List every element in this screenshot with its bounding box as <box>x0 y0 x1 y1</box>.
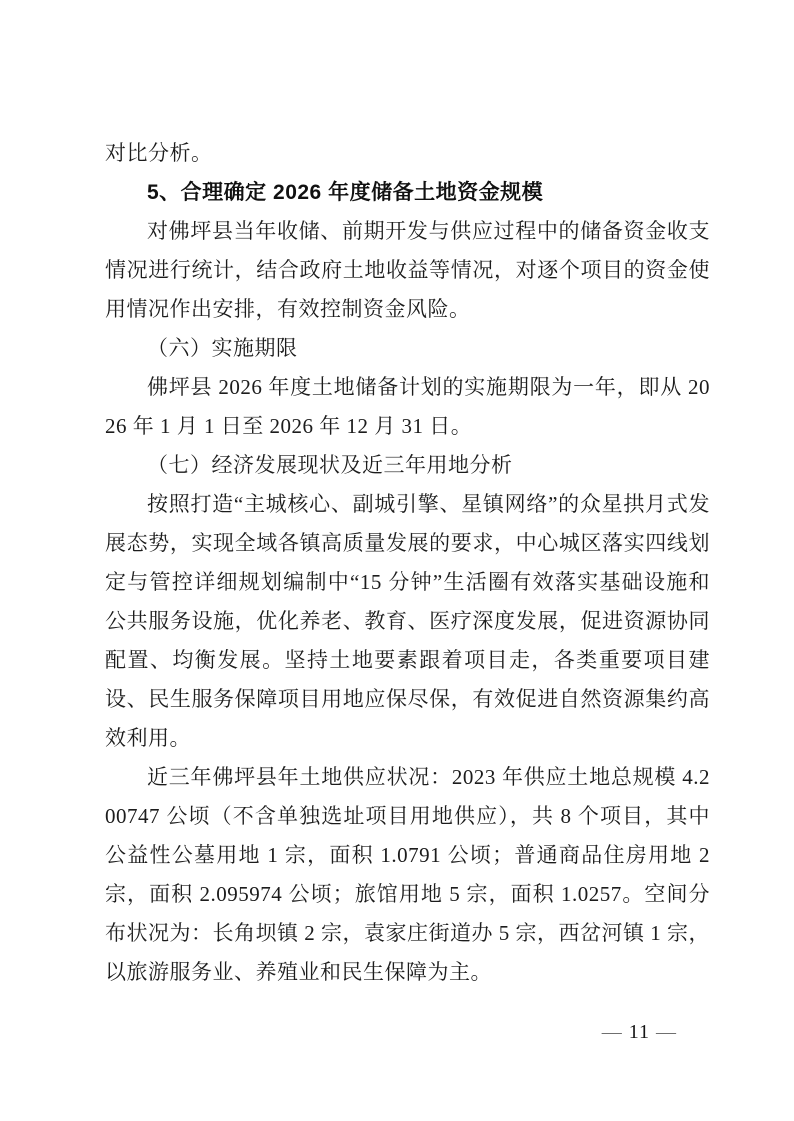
page-number: 11 <box>629 1021 650 1043</box>
subheading-7-economic-analysis: （七）经济发展现状及近三年用地分析 <box>105 446 710 485</box>
page-number-footer: —11— <box>596 1020 683 1044</box>
paragraph-development-strategy: 按照打造“主城核心、副城引擎、星镇网络”的众星拱月式发展态势，实现全域各镇高质量… <box>105 485 710 758</box>
paragraph-implementation-period: 佛坪县 2026 年度土地储备计划的实施期限为一年，即从 2026 年 1 月 … <box>105 368 710 446</box>
footer-dash-left: — <box>596 1021 629 1043</box>
paragraph-land-supply-statistics: 近三年佛坪县年土地供应状况：2023 年供应土地总规模 4.200747 公顷（… <box>105 758 710 992</box>
footer-dash-right: — <box>650 1021 683 1043</box>
subheading-6-implementation-period: （六）实施期限 <box>105 329 710 368</box>
paragraph-continuation: 对比分析。 <box>105 134 710 173</box>
paragraph-funding-control: 对佛坪县当年收储、前期开发与供应过程中的储备资金收支情况进行统计，结合政府土地收… <box>105 212 710 329</box>
document-body: 对比分析。 5、合理确定 2026 年度储备土地资金规模 对佛坪县当年收储、前期… <box>105 134 710 992</box>
document-page: 对比分析。 5、合理确定 2026 年度储备土地资金规模 对佛坪县当年收储、前期… <box>0 0 794 1121</box>
heading-section-5-funding-scale: 5、合理确定 2026 年度储备土地资金规模 <box>105 173 710 212</box>
